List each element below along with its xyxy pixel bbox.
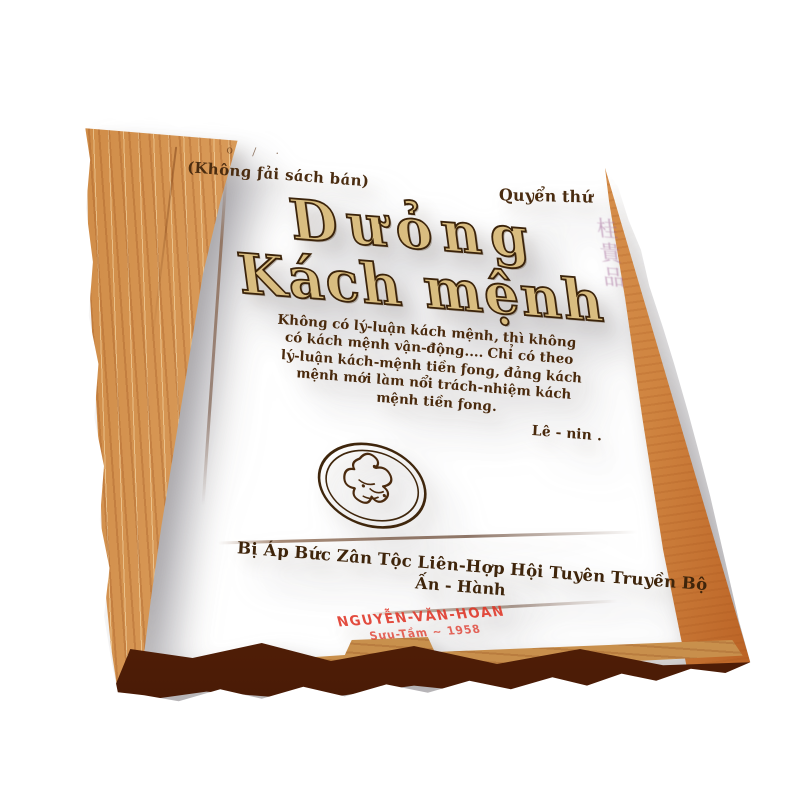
- photo-background: o / · (Không fải sách bán) Quyển thứ 桂 貴…: [0, 0, 800, 804]
- hand-drawn-emblem: [305, 431, 440, 542]
- cjk-character: 貴: [598, 241, 622, 267]
- cjk-character: 品: [602, 265, 626, 291]
- collector-stamp: NGUYỄN-VĂN-HOAN Sưu-Tầm ~ 1958: [312, 601, 533, 645]
- book: o / · (Không fải sách bán) Quyển thứ 桂 貴…: [68, 106, 760, 706]
- cjk-character: 桂: [595, 216, 619, 242]
- cover-content: o / · (Không fải sách bán) Quyển thứ 桂 貴…: [186, 158, 688, 659]
- volume-note: Quyển thứ: [497, 185, 595, 207]
